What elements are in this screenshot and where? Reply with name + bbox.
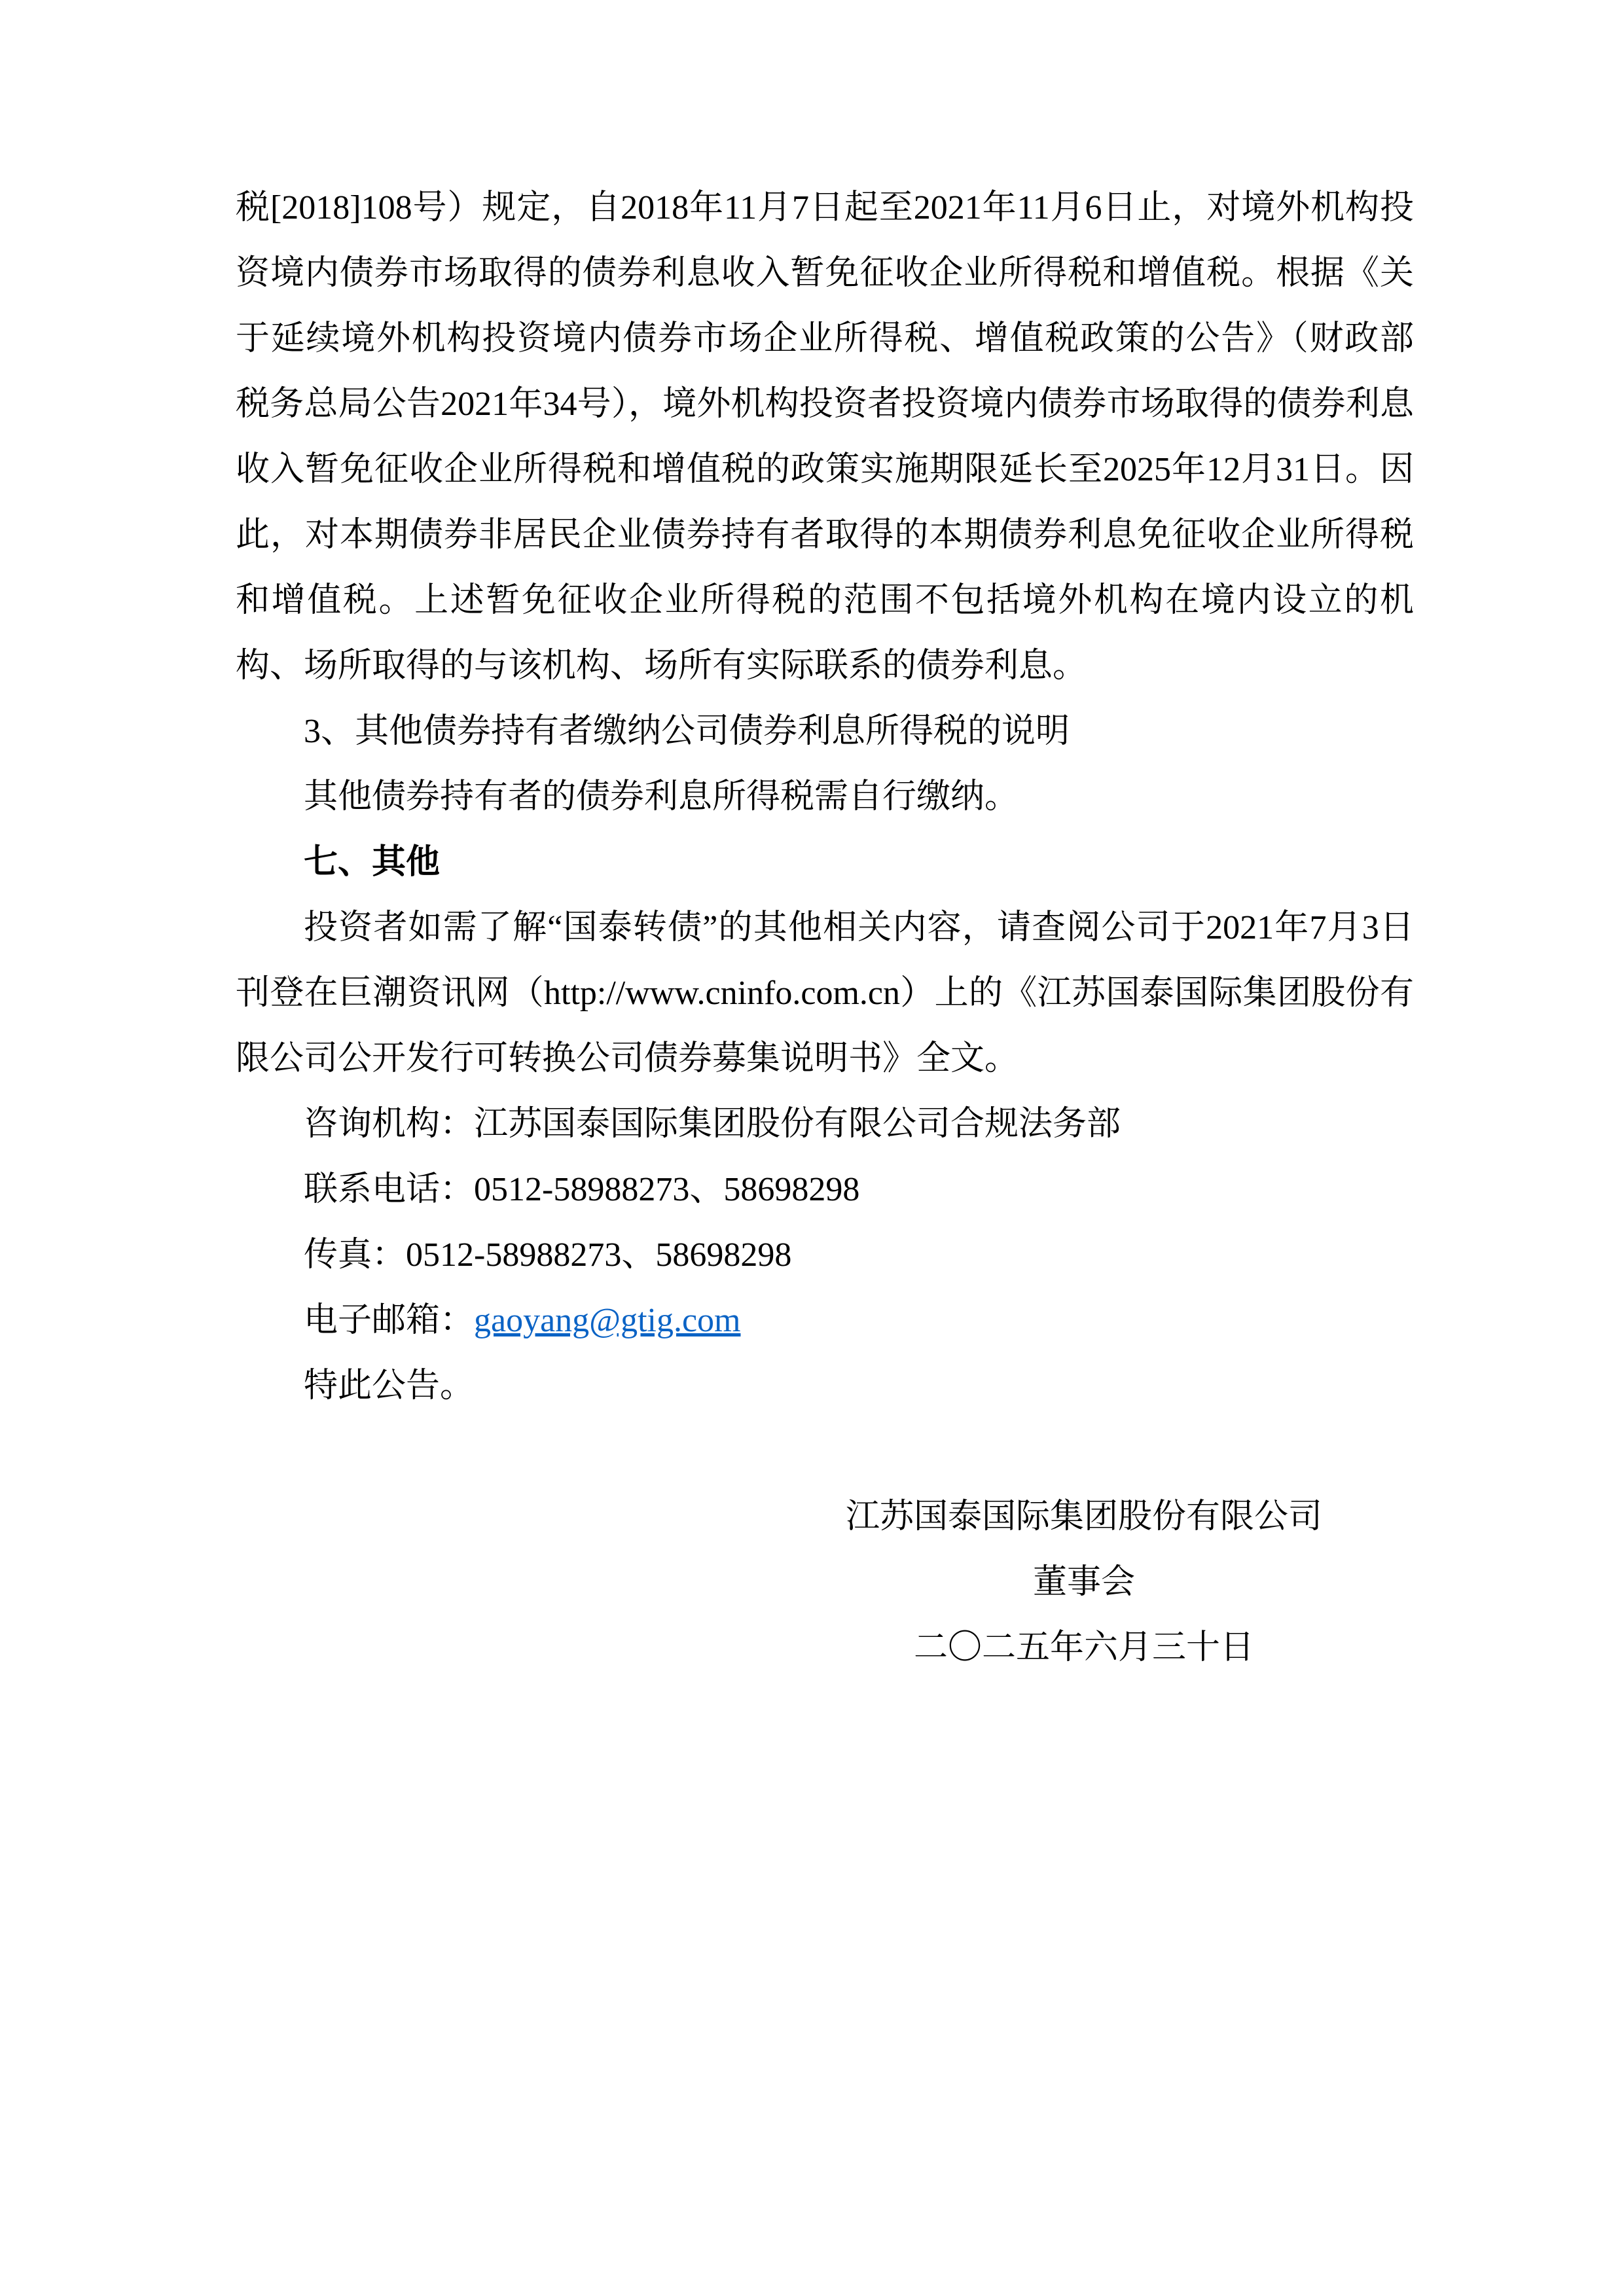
- email-line: 电子邮箱：gaoyang@gtig.com: [236, 1288, 1414, 1354]
- fax-line: 传真：0512-58988273、58698298: [236, 1223, 1414, 1288]
- email-link[interactable]: gaoyang@gtig.com: [474, 1302, 740, 1339]
- blank-line: [236, 1419, 1414, 1484]
- email-label: 电子邮箱：: [304, 1302, 474, 1339]
- item3-heading: 3、其他债券持有者缴纳公司债券利息所得税的说明: [236, 699, 1414, 764]
- signature-board: 董事会: [846, 1550, 1322, 1615]
- item3-text: 其他债券持有者的债券利息所得税需自行缴纳。: [236, 764, 1414, 830]
- signature-block: 江苏国泰国际集团股份有限公司 董事会 二〇二五年六月三十日: [846, 1484, 1322, 1681]
- signature-date: 二〇二五年六月三十日: [846, 1615, 1322, 1681]
- phone-line: 联系电话：0512-58988273、58698298: [236, 1157, 1414, 1223]
- closing-line: 特此公告。: [236, 1354, 1414, 1419]
- paragraph-tax-exemption: 税[2018]108号）规定，自2018年11月7日起至2021年11月6日止，…: [236, 175, 1414, 699]
- section7-heading: 七、其他: [236, 830, 1414, 895]
- consult-org-line: 咨询机构：江苏国泰国际集团股份有限公司合规法务部: [236, 1092, 1414, 1157]
- signature-company: 江苏国泰国际集团股份有限公司: [846, 1484, 1322, 1550]
- paragraph-investor-info: 投资者如需了解“国泰转债”的其他相关内容，请查阅公司于2021年7月3日刊登在巨…: [236, 895, 1414, 1092]
- document-body: 税[2018]108号）规定，自2018年11月7日起至2021年11月6日止，…: [236, 175, 1414, 1681]
